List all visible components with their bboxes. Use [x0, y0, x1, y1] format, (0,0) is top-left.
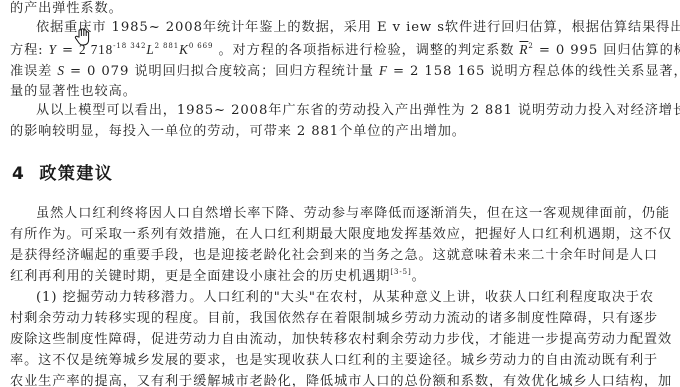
f-value: 2 158 165 [410, 64, 485, 79]
eq-K: K [179, 42, 189, 57]
s-value: 0 079 [87, 64, 129, 79]
text-line: 的影响较明显，每投入一单位的劳动，可带来 2 881个单位的产出增加。 [10, 123, 466, 141]
line-tail: 。 [412, 269, 426, 284]
stats-line: 准误差 S = 0 079 说明回归拟合度较高；回归方程统计量 F = 2 15… [10, 62, 680, 81]
section-title: 政策建议 [39, 164, 113, 184]
text-line: 是获得经济崛起的重要手段，也是迎接老龄化社会到来的当务之急。这就意味着未来二十余… [10, 247, 658, 265]
text-line: 从以上模型可以看出，1985~ 2008年广东省的劳动投入产出弹性为 2 881… [36, 102, 680, 120]
s-suffix: 说明方程总体的线性关系显著，变 [485, 64, 680, 79]
eq-mid: 。对方程的各项指标进行检验，调整的判定系数 [213, 43, 519, 58]
text-line: 率。这不仅是统筹城乡发展的要求，也是实现收获人口红利的主要途径。城乡劳动力的自由… [10, 352, 658, 370]
s-symbol: S [57, 63, 65, 78]
f-eq: = [388, 64, 410, 79]
eq-exp-const: -18 342 [113, 42, 146, 50]
eq-K-exp: 0 669 [189, 42, 214, 50]
eq-L-exp: 2 881 [155, 42, 180, 50]
text-line: (1) 挖掘劳动力转移潜力。人口红利的"大头"在农村，从某种意义上讲，收获人口红… [36, 289, 654, 307]
citation[interactable]: [3-5] [390, 268, 411, 276]
r2-value: 0 995 [556, 43, 598, 58]
text-line: 有所作为。可采取一系列有效措施，在人口红利期最大限度地发挥基效应，把握好人口红利… [10, 226, 672, 244]
line-text: 红利再利用的关键时期，更是全面建设小康社会的历史机遇期 [10, 269, 390, 284]
eq-prefix: 方程: [10, 43, 49, 58]
text-line: 依据重庆市 1985~ 2008年统计年鉴上的数据，采用 E v iew s软件… [36, 19, 680, 37]
eq-lhs: Y [49, 42, 57, 57]
r2-eq: = [534, 43, 556, 58]
section-number: 4 [12, 164, 25, 184]
section-heading: 4政策建议 [12, 159, 113, 184]
s-prefix: 准误差 [10, 64, 57, 79]
text-line: 的产出弹性系数。 [10, 0, 123, 18]
eq-L: L [146, 42, 154, 57]
s-mid: 说明回归拟合度较高；回归方程统计量 [129, 64, 379, 79]
eq-suffix: 回归估算的标 [598, 43, 680, 58]
equation-line: 方程: Y = 2 718-18 342L2 881K0 669 。对方程的各项… [10, 41, 680, 60]
text-line: 农业生产率的提高，又有利于缓解城市老龄化，降低城市人口的总份额和系数，有效优化城… [10, 373, 672, 387]
f-symbol: F [379, 63, 388, 78]
text-line: 量的显著性也较高。 [10, 83, 137, 101]
text-line: 废除这些制度性障碍，促进劳动力自由流动，加快转移农村剩余劳动力步伐，才能进一步提… [10, 331, 672, 349]
s-eq: = [65, 64, 87, 79]
hand-pointer-icon [74, 28, 90, 46]
text-line: 红利再利用的关键时期，更是全面建设小康社会的历史机遇期[3-5]。 [10, 268, 426, 286]
paper-page: 的产出弹性系数。 依据重庆市 1985~ 2008年统计年鉴上的数据，采用 E … [0, 0, 680, 387]
text-line: 村剩余劳动力转移实现的程度。目前，我国依然存在着限制城乡劳动力流动的诸多制度性障… [10, 310, 658, 328]
text-line: 虽然人口红利终将因人口自然增长率下降、劳动参与率降低而逐渐消失，但在这一客观规律… [36, 205, 670, 223]
